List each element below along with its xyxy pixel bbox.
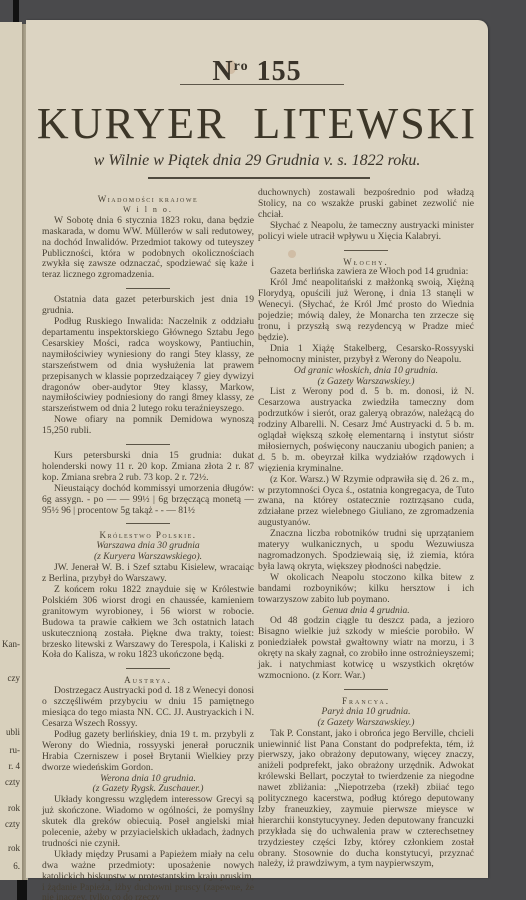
rule-divider — [126, 288, 170, 289]
issue-number-sup: ro — [234, 59, 249, 74]
article-paragraph: Dnia 1 Xiążę Stakelberg, Cesarsko-Rossyy… — [258, 344, 474, 366]
article-paragraph: List z Werony pod d. 5 b. m. donosi, iż … — [258, 387, 474, 474]
rule-divider — [126, 668, 170, 669]
article-paragraph: Podług gazety berlińskiey, dnia 19 t. m.… — [42, 730, 254, 774]
article-paragraph: Znaczna liczba robotników trudni się upr… — [258, 529, 474, 573]
previous-page-edge: Kan- czy ubli ru- r. 4 czty rok czty rok… — [0, 22, 22, 880]
section-subheading: Od granic włoskich, dnia 10 grudnia. — [258, 366, 474, 377]
prev-page-fragment: rok — [8, 844, 20, 853]
prev-page-fragment: Kan- — [2, 640, 20, 649]
issue-number-value: 155 — [257, 56, 302, 87]
prev-page-fragment: r. 4 — [8, 762, 20, 771]
article-paragraph: Z końcem roku 1822 znayduie się w Króles… — [42, 585, 254, 661]
prev-page-fragment: czy — [8, 674, 21, 683]
prev-page-fragment: czty — [5, 778, 20, 787]
article-paragraph: Dostrzegacz Austryacki pod d. 18 z Wenec… — [42, 686, 254, 730]
article-paragraph: Nieustaiący dochód kommissyi umorzenia d… — [42, 484, 254, 517]
article-paragraph: W Sobotę dnia 6 stycznia 1823 roku, dana… — [42, 216, 254, 281]
rule-divider — [344, 250, 388, 251]
article-paragraph: Nowe ofiary na pomnik Demidowa wynoszą 1… — [42, 415, 254, 437]
section-source: (z Gazety Warszawskiey.) — [258, 718, 474, 729]
prev-page-fragment: 6. — [13, 862, 20, 871]
rule-divider — [180, 84, 344, 85]
article-paragraph: Od 48 godzin ciągle tu deszcz pada, a je… — [258, 616, 474, 681]
right-column: duchownych) zostawali bezpośrednio pod w… — [258, 188, 474, 870]
binding-edge-bottom — [17, 880, 27, 900]
prev-page-fragment: ru- — [10, 746, 21, 755]
prev-page-fragment: rok — [8, 804, 20, 813]
article-paragraph: Podług Ruskiego Inwalida: Naczelnik z od… — [42, 317, 254, 415]
rule-divider — [344, 689, 388, 690]
article-paragraph: W okolicach Neapolu stoczono kilka bitew… — [258, 573, 474, 606]
newspaper-page: Nro 155 KURYER LITEWSKI w Wilnie w Piąte… — [26, 20, 488, 878]
left-column: Wiadomości krajowe W i l n o. W Sobotę d… — [42, 188, 254, 900]
section-heading: Wiadomości krajowe — [42, 194, 254, 205]
newspaper-title: KURYER LITEWSKI — [26, 98, 488, 149]
article-paragraph: Kurs petersburski dnia 15 grudnia: dukat… — [42, 451, 254, 484]
issue-number-prefix: N — [212, 56, 233, 87]
article-paragraph: Ostatnia data gazet peterburskich jest d… — [42, 295, 254, 317]
article-paragraph: Król Jmć neapolitański z małżonką swoią,… — [258, 278, 474, 343]
article-paragraph: Układy kongressu względem interessow Gre… — [42, 795, 254, 850]
article-paragraph: (z Kor. Warsz.) W Rzymie odprawiła się d… — [258, 475, 474, 530]
article-paragraph: JW. Jenerał W. B. i Szef sztabu Kisielew… — [42, 563, 254, 585]
rule-divider — [148, 177, 370, 179]
article-paragraph: Tak P. Constant, jako i obrońca jego Ber… — [258, 729, 474, 871]
rule-divider — [126, 523, 170, 524]
article-paragraph: Słychać z Neapolu, że tameczny austryack… — [258, 221, 474, 243]
article-paragraph: duchownych) zostawali bezpośrednio pod w… — [258, 188, 474, 221]
rule-divider — [126, 444, 170, 445]
article-paragraph: Układy między Prusami a Papieżem miały n… — [42, 850, 254, 900]
prev-page-fragment: czty — [5, 820, 20, 829]
prev-page-fragment: ubli — [6, 728, 20, 737]
dateline: w Wilnie w Piątek dnia 29 Grudnia v. s. … — [26, 152, 488, 170]
